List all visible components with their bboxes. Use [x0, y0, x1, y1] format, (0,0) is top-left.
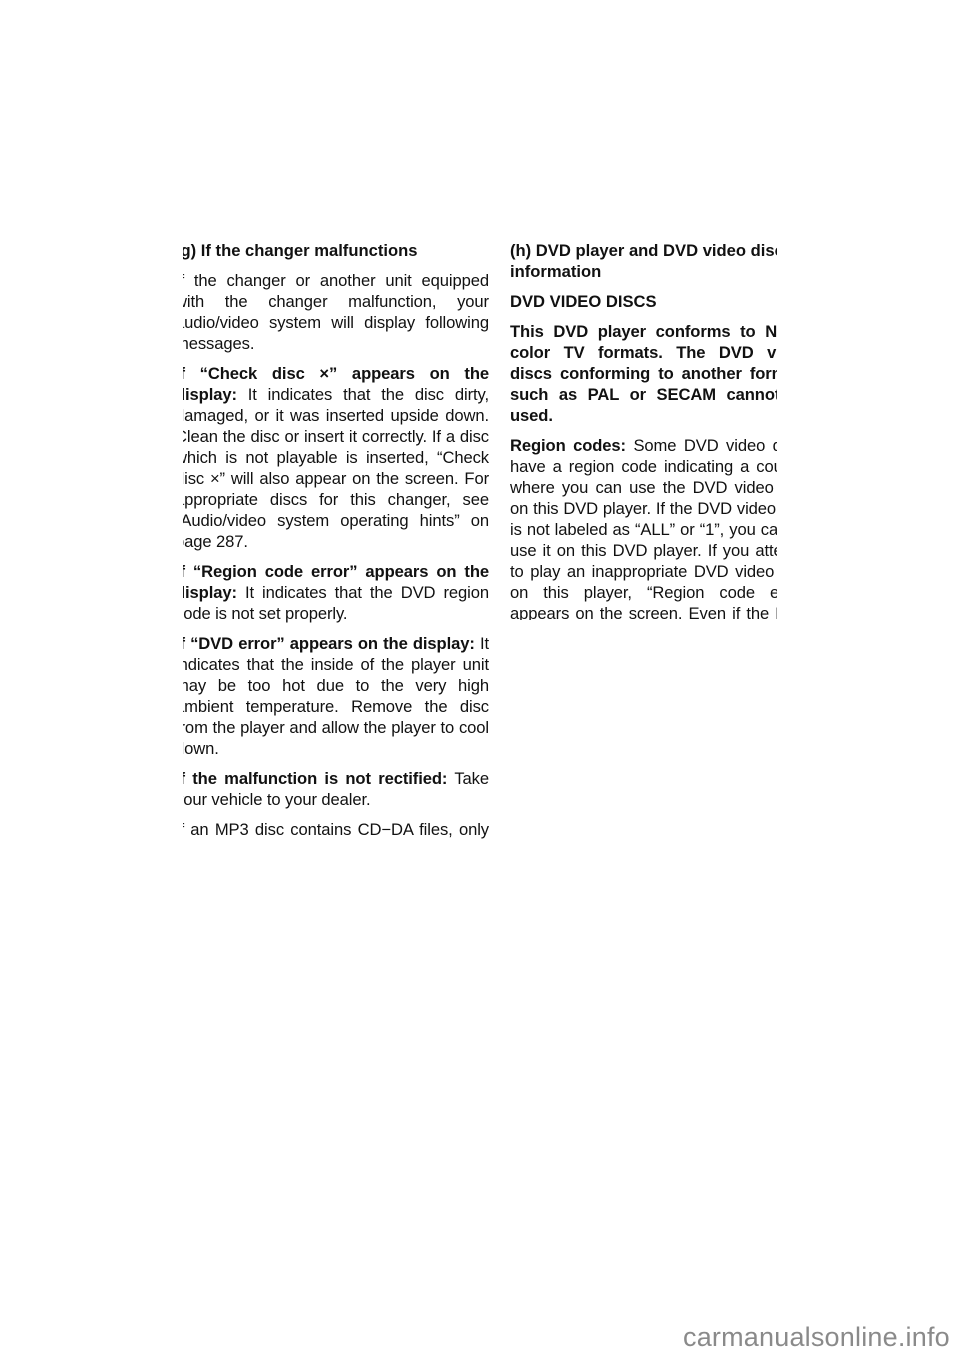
intro-paragraph: If the changer or another unit equipped … — [183, 270, 489, 354]
message-item-dvd-error: If “DVD error” appears on the display: I… — [183, 633, 489, 759]
right-column: (h) DVD player and DVD video disc inform… — [510, 240, 777, 620]
left-column-viewport: (g) If the changer malfunctions If the c… — [183, 240, 489, 840]
message-item-region-code-error: If “Region code error” appears on the di… — [183, 561, 489, 624]
section-heading-h: (h) DVD player and DVD video disc inform… — [510, 240, 777, 282]
right-column-viewport: (h) DVD player and DVD video disc inform… — [510, 240, 777, 620]
format-compatibility-paragraph: This DVD player conforms to NTSC color T… — [510, 321, 777, 426]
region-codes-lead: Region codes: — [510, 436, 626, 455]
item-lead: If “DVD error” appears on the display: — [183, 634, 475, 653]
region-codes-paragraph: Region codes: Some DVD video discs have … — [510, 435, 777, 620]
item-body: It indicates that the disc dirty, damage… — [183, 385, 489, 551]
mp3-note: If an MP3 disc contains CD−DA files, onl… — [183, 819, 489, 840]
region-codes-body: Some DVD video discs have a region code … — [510, 436, 777, 620]
message-item-check-disc: If “Check disc ×” appears on the display… — [183, 363, 489, 552]
left-column: (g) If the changer malfunctions If the c… — [183, 240, 489, 840]
message-item-not-rectified: If the malfunction is not rectified: Tak… — [183, 768, 489, 810]
watermark-link[interactable]: carmanualsonline.info — [683, 1322, 950, 1353]
subheading-dvd-video-discs: DVD VIDEO DISCS — [510, 291, 777, 312]
item-lead: If the malfunction is not rectified: — [183, 769, 447, 788]
section-heading-g: (g) If the changer malfunctions — [183, 240, 489, 261]
